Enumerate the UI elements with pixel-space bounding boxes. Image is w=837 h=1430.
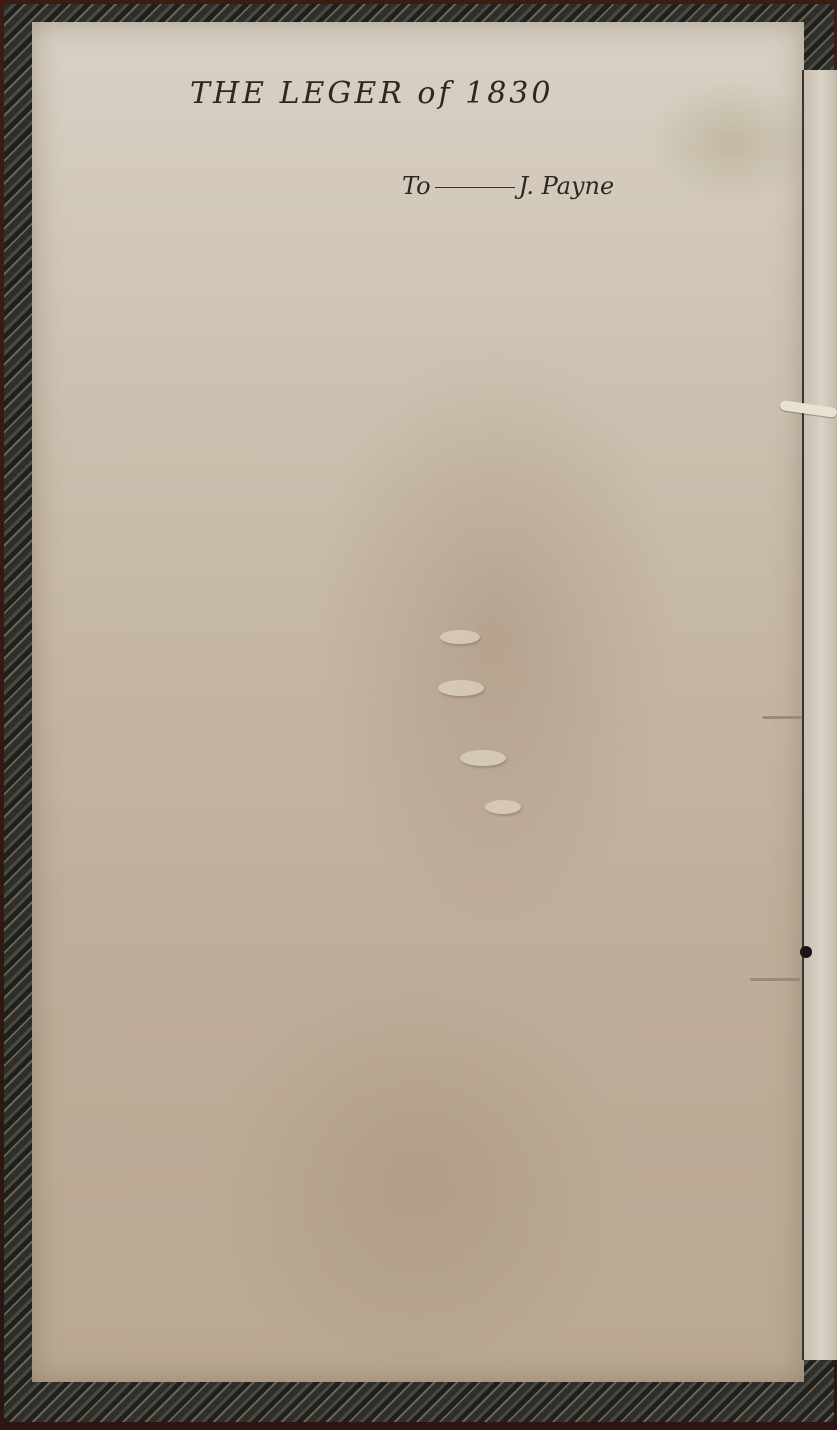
embossed-impression bbox=[438, 680, 484, 696]
signature-dash bbox=[435, 187, 515, 188]
signature-prefix: To bbox=[402, 172, 431, 200]
flyleaf-stub bbox=[802, 70, 837, 1360]
paper-tear bbox=[750, 978, 800, 981]
embossed-impression bbox=[460, 750, 506, 766]
embossed-impression bbox=[485, 800, 521, 814]
embossed-impression bbox=[440, 630, 480, 644]
pastedown-page bbox=[32, 22, 804, 1382]
photo-background: THE LEGER of 1830 ToJ. Payne bbox=[0, 0, 837, 1430]
signature-name: J. Payne bbox=[519, 172, 615, 200]
ink-blot bbox=[800, 946, 812, 958]
handwritten-signature: ToJ. Payne bbox=[402, 172, 614, 200]
paper-tear bbox=[762, 716, 802, 719]
handwritten-title: THE LEGER of 1830 bbox=[190, 76, 553, 111]
